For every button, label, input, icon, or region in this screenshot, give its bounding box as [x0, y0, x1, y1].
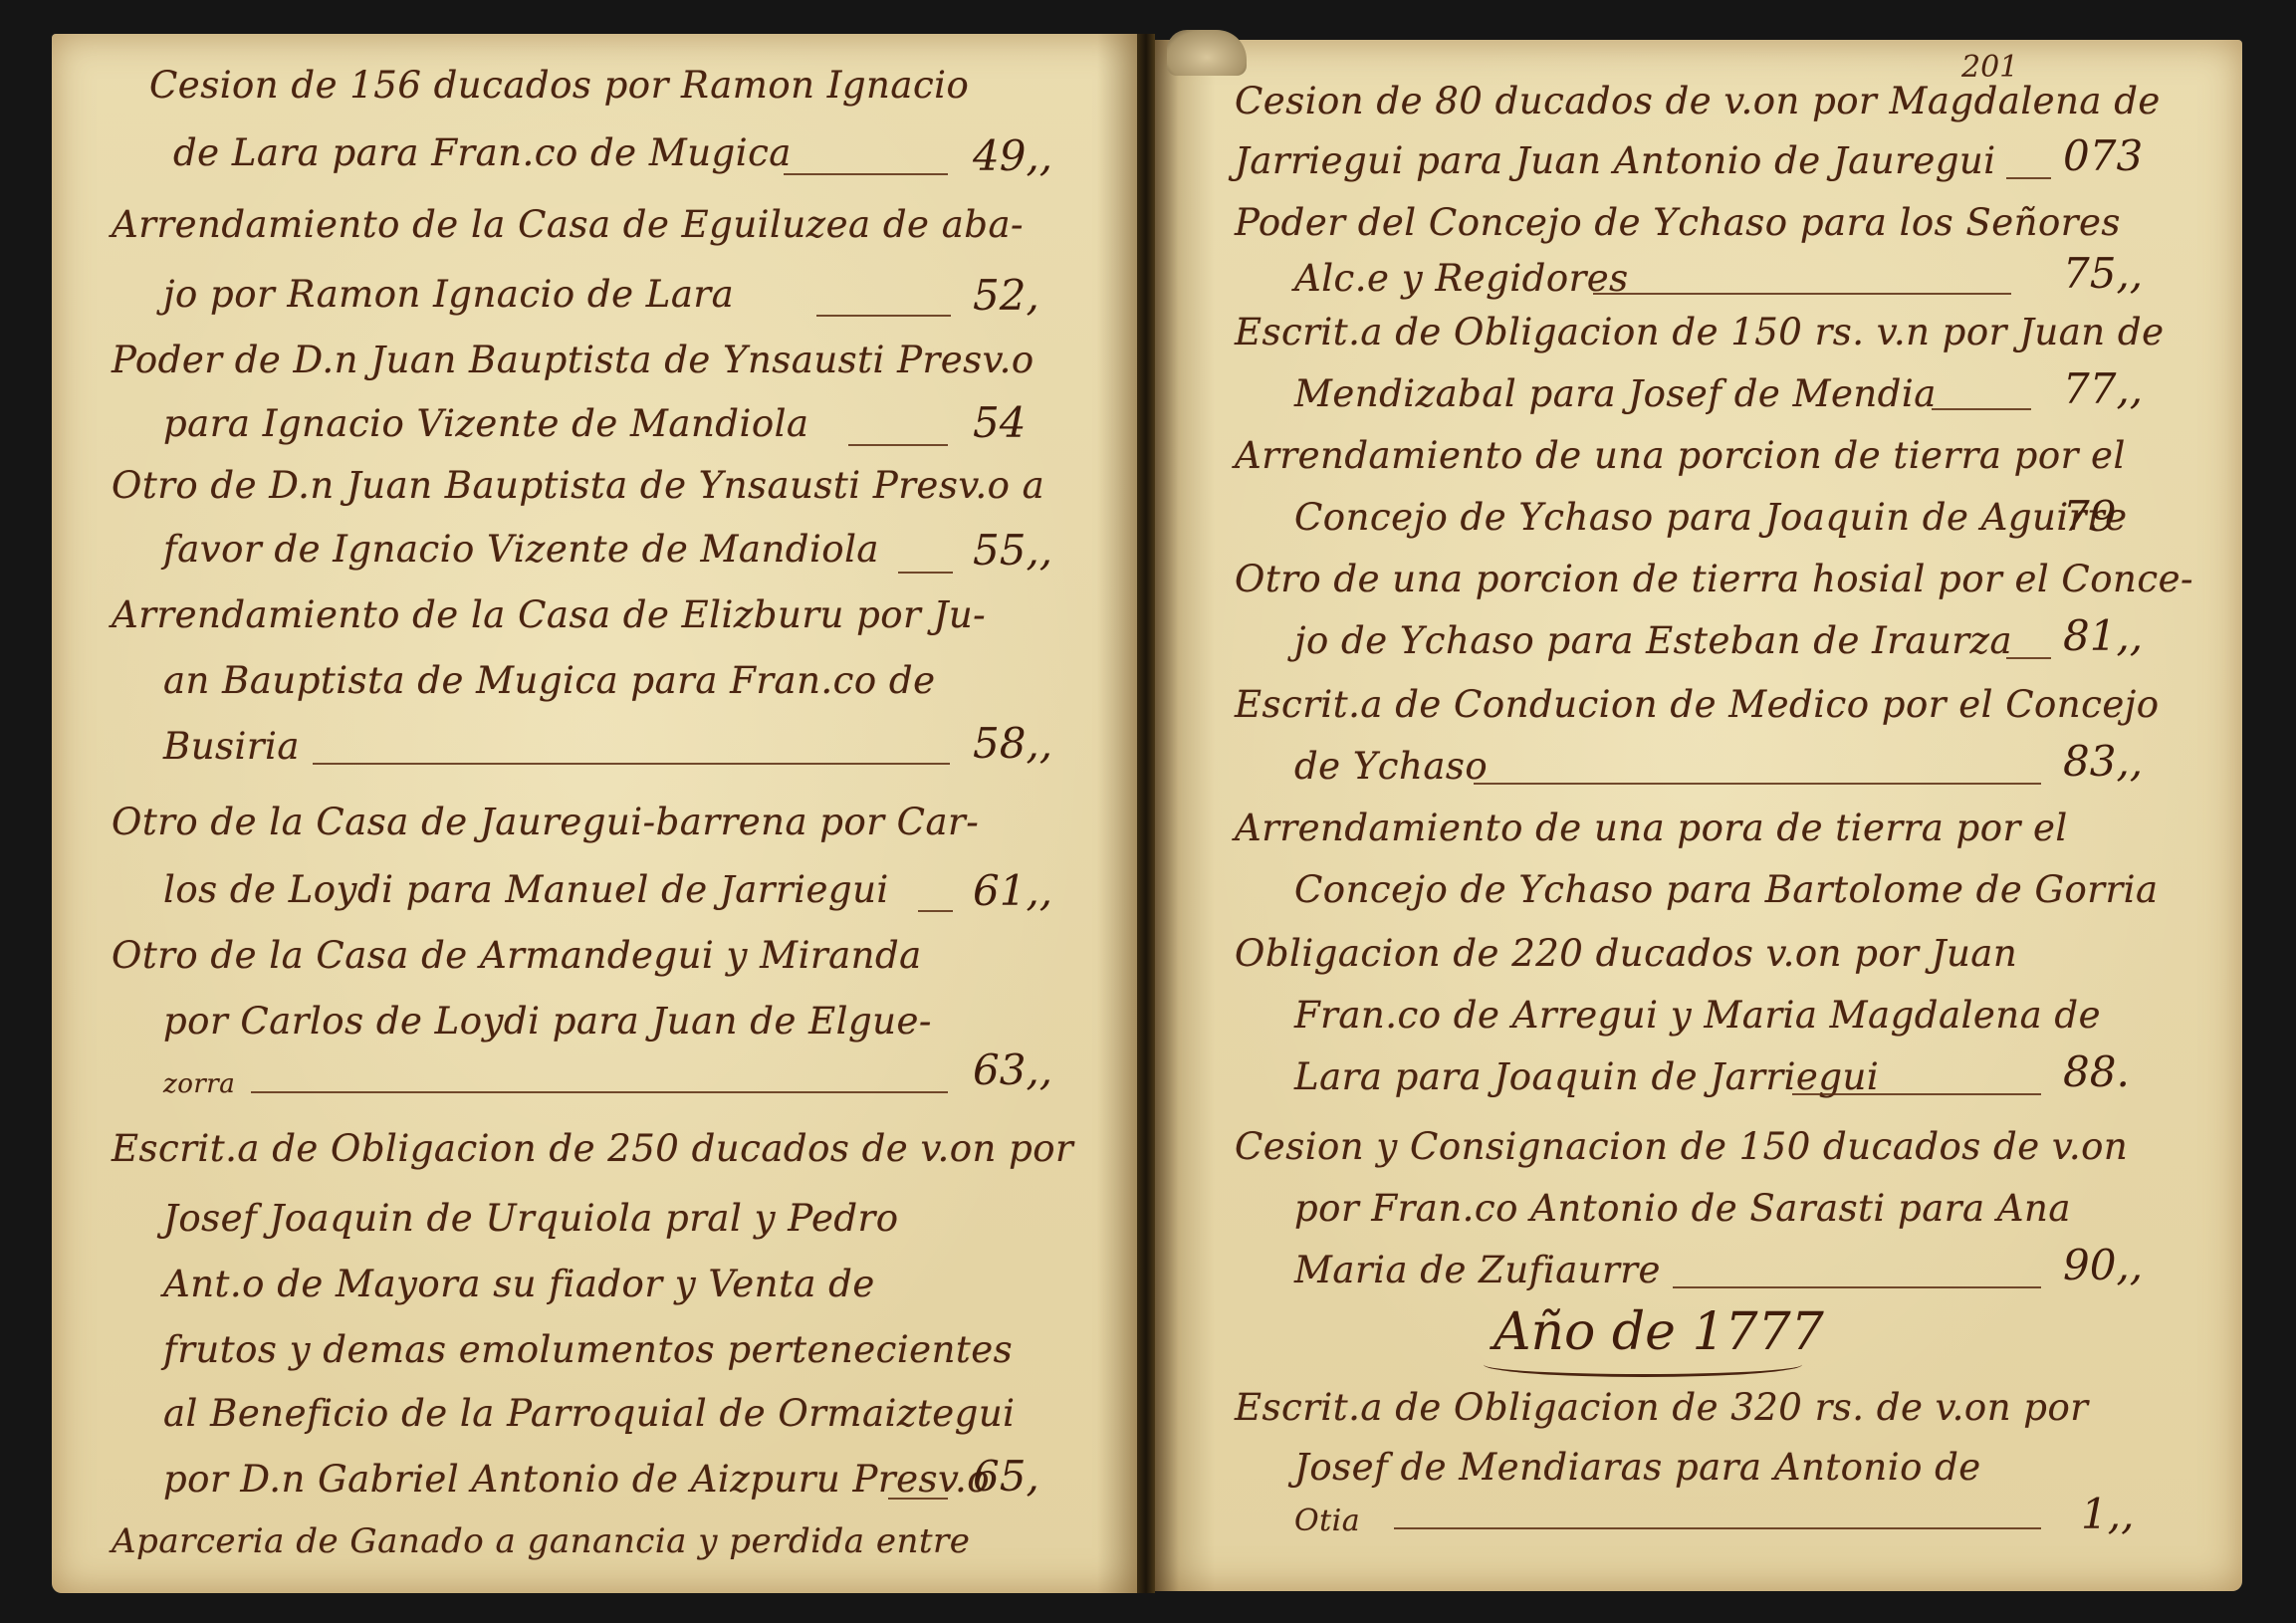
entry-line: Poder de D.n Juan Bauptista de Ynsausti …	[112, 339, 1034, 381]
entry-line: Arrendamiento de una porcion de tierra p…	[1235, 434, 2126, 477]
entry-line: Concejo de Ychaso para Bartolome de Gorr…	[1294, 868, 2159, 911]
page-reference: 1,,	[2081, 1490, 2134, 1538]
entry-line: Escrit.a de Obligacion de 320 rs. de v.o…	[1235, 1386, 2088, 1429]
left-page-entries: Cesion de 156 ducados por Ramon Ignacio …	[52, 34, 1137, 1593]
entry-line: favor de Ignacio Vizente de Mandiola	[163, 528, 879, 571]
page-reference: 55,,	[973, 526, 1052, 575]
leader-rule	[2006, 657, 2051, 659]
entry-line: jo por Ramon Ignacio de Lara	[163, 273, 734, 316]
entry-line: Obligacion de 220 ducados v.on por Juan	[1235, 932, 2017, 975]
entry-line: Josef de Mendiaras para Antonio de	[1294, 1446, 1981, 1489]
entry-line: Fran.co de Arregui y Maria Magdalena de	[1294, 994, 2101, 1037]
leader-rule	[251, 1091, 948, 1093]
right-page: 201 Cesion de 80 ducados de v.on por Mag…	[1155, 40, 2242, 1591]
entry-line: Escrit.a de Conducion de Medico por el C…	[1235, 683, 2159, 726]
entry-line: jo de Ychaso para Esteban de Iraurza	[1294, 619, 2012, 662]
entry-line: Cesion y Consignacion de 150 ducados de …	[1235, 1125, 2128, 1168]
book-gutter	[1137, 34, 1155, 1593]
entry-line: Otro de la Casa de Armandegui y Miranda	[112, 934, 922, 977]
leader-rule	[898, 572, 953, 574]
page-reference: 49,,	[973, 131, 1052, 180]
entry-line: Otro de D.n Juan Bauptista de Ynsausti P…	[112, 464, 1044, 507]
entry-line: Josef Joaquin de Urquiola pral y Pedro	[163, 1197, 899, 1240]
leader-rule	[888, 1498, 948, 1500]
page-reference: 65,	[973, 1452, 1039, 1501]
page-reference: 63,,	[973, 1045, 1052, 1094]
entry-line: Escrit.a de Obligacion de 150 rs. v.n po…	[1235, 311, 2164, 353]
entry-line: Poder del Concejo de Ychaso para los Señ…	[1235, 201, 2121, 244]
page-reference: 54	[973, 398, 1026, 447]
entry-line: por Carlos de Loydi para Juan de Elgue-	[163, 1000, 932, 1043]
leader-rule	[313, 763, 950, 765]
leader-rule	[1593, 293, 2011, 295]
leader-rule	[784, 173, 948, 175]
entry-line: Arrendamiento de la Casa de Elizburu por…	[112, 593, 986, 636]
page-reference: 75,,	[2063, 249, 2143, 298]
leader-rule	[848, 444, 948, 446]
entry-line: Cesion de 80 ducados de v.on por Magdale…	[1235, 80, 2161, 122]
entry-line: Arrendamiento de una pora de tierra por …	[1235, 807, 2068, 849]
page-reference: 073	[2063, 131, 2143, 180]
entry-line: Lara para Joaquin de Jarriegui	[1294, 1055, 1879, 1098]
leader-rule	[1474, 783, 2041, 785]
entry-line: para Ignacio Vizente de Mandiola	[163, 402, 809, 445]
leader-rule	[1792, 1093, 2041, 1095]
left-page: Cesion de 156 ducados por Ramon Ignacio …	[52, 34, 1137, 1593]
page-reference: 61,,	[973, 866, 1052, 915]
entry-line: Mendizabal para Josef de Mendia	[1294, 372, 1937, 415]
page-reference: 90,,	[2063, 1241, 2143, 1289]
entry-line: los de Loydi para Manuel de Jarriegui	[163, 868, 889, 911]
leader-rule	[918, 910, 953, 912]
page-reference: 88.	[2063, 1047, 2130, 1096]
entry-line: Maria de Zufiaurre	[1294, 1249, 1661, 1291]
entry-line: por Fran.co Antonio de Sarasti para Ana	[1294, 1187, 2071, 1230]
page-reference: 79	[2063, 492, 2116, 541]
entry-line: al Beneficio de la Parroquial de Ormaizt…	[163, 1392, 1015, 1435]
entry-line: zorra	[163, 1069, 235, 1099]
leader-rule	[2006, 177, 2051, 179]
right-page-entries: Cesion de 80 ducados de v.on por Magdale…	[1155, 40, 2242, 1591]
page-reference: 52,	[973, 271, 1039, 320]
open-book-spread: Cesion de 156 ducados por Ramon Ignacio …	[52, 34, 2242, 1593]
entry-line: Arrendamiento de la Casa de Eguiluzea de…	[112, 203, 1024, 246]
entry-line: Otia	[1294, 1504, 1360, 1538]
entry-line: an Bauptista de Mugica para Fran.co de	[163, 659, 936, 702]
leader-rule	[816, 315, 951, 317]
page-reference: 58,,	[973, 719, 1052, 768]
page-reference: 77,,	[2063, 364, 2143, 413]
entry-line: Jarriegui para Juan Antonio de Jauregui	[1235, 139, 1996, 182]
leader-rule	[1932, 408, 2031, 410]
entry-line: frutos y demas emolumentos perteneciente…	[163, 1328, 1013, 1371]
entry-line: Otro de una porcion de tierra hosial por…	[1235, 558, 2193, 600]
entry-line: Ant.o de Mayora su fiador y Venta de	[163, 1263, 875, 1305]
entry-line: por D.n Gabriel Antonio de Aizpuru Presv…	[163, 1458, 990, 1501]
entry-line: Busiria	[163, 725, 300, 768]
entry-line: Otro de la Casa de Jauregui-barrena por …	[112, 801, 979, 843]
manuscript-viewer: Cesion de 156 ducados por Ramon Ignacio …	[0, 0, 2296, 1623]
entry-line: Concejo de Ychaso para Joaquin de Aguirr…	[1294, 496, 2128, 539]
page-reference: 81,,	[2063, 611, 2143, 660]
entry-line: Alc.e y Regidores	[1294, 257, 1629, 300]
entry-line: Escrit.a de Obligacion de 250 ducados de…	[112, 1127, 1073, 1170]
leader-rule	[1673, 1286, 2041, 1288]
leader-rule	[1394, 1527, 2041, 1529]
entry-line: Cesion de 156 ducados por Ramon Ignacio	[149, 64, 969, 107]
bookmark-ribbon	[1167, 30, 1247, 76]
entry-line: de Ychaso	[1294, 745, 1488, 788]
page-reference: 83,,	[2063, 737, 2143, 786]
year-underline-flourish	[1484, 1352, 1802, 1377]
entry-line: de Lara para Fran.co de Mugica	[173, 131, 792, 174]
